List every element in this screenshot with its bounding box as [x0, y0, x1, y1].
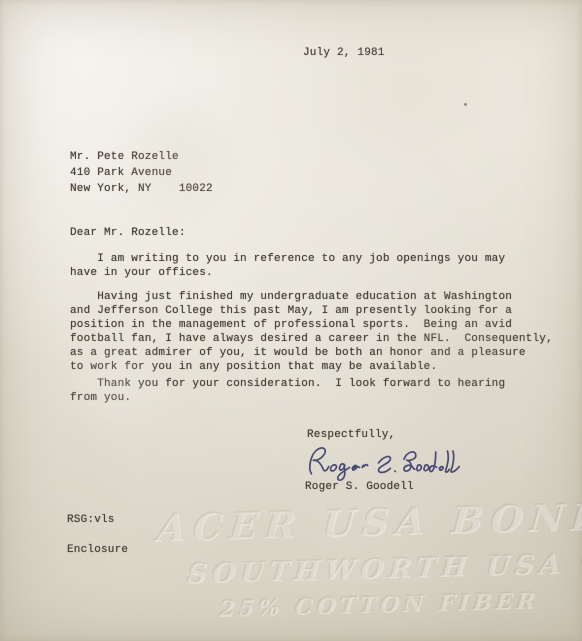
recipient-address: Mr. Pete Rozelle 410 Park Avenue New Yor… [70, 149, 213, 197]
enclosure-note: Enclosure [67, 544, 128, 556]
scan-speck [464, 103, 467, 106]
paper-watermark-line3: 25% COTTON FIBER [219, 588, 540, 622]
paper-watermark-line1: ACER USA BOND [156, 494, 582, 550]
letter-page: ACER USA BOND SOUTHWORTH USA CO 25% COTT… [0, 0, 582, 641]
letter-date: July 2, 1981 [303, 47, 385, 59]
paragraph-1: I am writing to you in reference to any … [70, 252, 505, 280]
reference-initials: RSG:vls [67, 514, 115, 526]
salutation: Dear Mr. Rozelle: [70, 227, 186, 239]
signature [306, 440, 462, 484]
paragraph-2: Having just finished my undergraduate ed… [70, 290, 553, 374]
paragraph-3: Thank you for your consideration. I look… [70, 377, 505, 405]
paper-watermark-line2: SOUTHWORTH USA CO [186, 547, 582, 590]
typed-name: Roger S. Goodell [305, 481, 414, 493]
signature-ink-icon [306, 440, 462, 484]
